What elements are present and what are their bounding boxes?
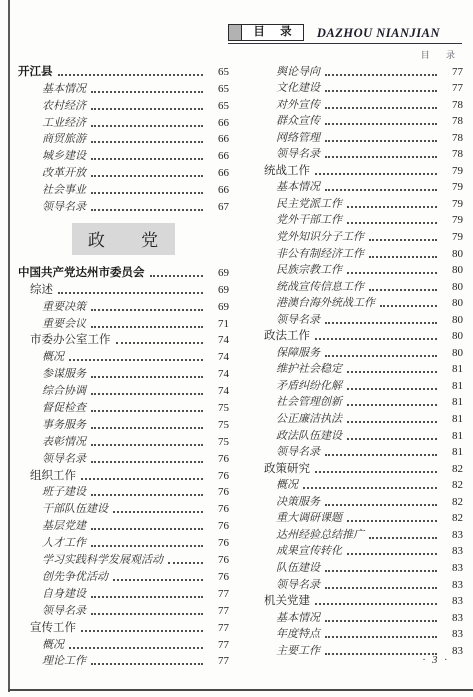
toc-entry-label: 对外宣传 [252, 99, 320, 112]
toc-entry-page: 80 [441, 297, 463, 310]
toc-entry-label: 中国共产党达州市委员会 [18, 267, 145, 280]
toc-entry-page: 80 [441, 248, 463, 261]
toc-entry: 领导名录77 [18, 601, 229, 618]
toc-entry-label: 改革开放 [18, 167, 86, 180]
toc-entry-label: 自身建设 [18, 588, 86, 601]
toc-entry: 重大调研课题82 [252, 509, 463, 526]
toc-entry: 年度特点83 [252, 625, 463, 642]
dot-leader [325, 570, 437, 572]
toc-entry-label: 群众宣传 [252, 115, 320, 128]
toc-entry: 农村经济65 [18, 96, 229, 113]
toc-entry-page: 75 [207, 419, 229, 432]
dot-leader [113, 579, 203, 581]
toc-entry-label: 主要工作 [252, 645, 320, 658]
toc-entry-page: 71 [207, 318, 229, 331]
page-header: 目 录 DAZHOU NIANJIAN 目 录 [228, 24, 462, 61]
toc-entry-label: 领导名录 [252, 314, 320, 327]
toc-box-label: 目 录 [242, 25, 303, 40]
toc-entry: 班子建设76 [18, 483, 229, 500]
toc-entry: 自身建设77 [18, 584, 229, 601]
dot-leader [325, 74, 437, 76]
toc-entry-page: 65 [207, 83, 229, 96]
toc-entry: 统战工作79 [252, 161, 463, 178]
toc-entry-label: 党外干部工作 [252, 214, 342, 227]
toc-entry-page: 83 [441, 562, 463, 575]
toc-entry: 政法队伍建设81 [252, 426, 463, 443]
dot-leader [325, 504, 437, 506]
dot-leader [58, 292, 203, 294]
toc-entry-page: 77 [207, 622, 229, 635]
toc-entry: 综合协调74 [18, 381, 229, 398]
toc-entry-label: 领导名录 [18, 605, 86, 618]
dot-leader [150, 275, 204, 277]
toc-entry-label: 市委办公室工作 [18, 334, 111, 347]
dot-leader [315, 338, 437, 340]
toc-entry-page: 76 [207, 470, 229, 483]
toc-entry-page: 74 [207, 385, 229, 398]
dot-leader [325, 653, 437, 655]
dot-leader [91, 326, 203, 328]
toc-entry-label: 民族宗教工作 [252, 264, 342, 277]
toc-entry: 概况82 [252, 476, 463, 493]
dot-leader [347, 206, 437, 208]
toc-entry: 理论工作77 [18, 652, 229, 669]
dot-leader [325, 90, 437, 92]
toc-entry-page: 66 [207, 117, 229, 130]
toc-entry-page: 76 [207, 520, 229, 533]
toc-entry-label: 重要决策 [18, 301, 86, 314]
toc-entry-page: 83 [441, 628, 463, 641]
dot-leader [325, 189, 437, 191]
toc-entry: 城乡建设66 [18, 146, 229, 163]
toc-entry-label: 港澳台海外统战工作 [252, 297, 375, 310]
toc-entry: 组织工作76 [18, 466, 229, 483]
toc-entry: 督促检查75 [18, 398, 229, 415]
dot-leader [347, 404, 437, 406]
toc-entry: 成果宣传转化83 [252, 542, 463, 559]
toc-entry-page: 82 [441, 512, 463, 525]
dot-leader [380, 305, 437, 307]
toc-column-right: 舆论导向77文化建设77对外宣传78群众宣传78网络管理78领导名录78统战工作… [252, 62, 463, 658]
dot-leader [325, 123, 437, 125]
toc-entry-label: 社会管理创新 [252, 396, 342, 409]
toc-entry-label: 队伍建设 [252, 562, 320, 575]
toc-entry-label: 领导名录 [18, 201, 86, 214]
toc-entry: 达州经验总结推广83 [252, 525, 463, 542]
toc-entry: 对外宣传78 [252, 95, 463, 112]
toc-entry-page: 78 [441, 115, 463, 128]
toc-entry-page: 81 [441, 363, 463, 376]
toc-entry-page: 78 [441, 99, 463, 112]
toc-entry-label: 民主党派工作 [252, 198, 342, 211]
toc-entry-label: 城乡建设 [18, 150, 86, 163]
toc-entry-page: 66 [207, 150, 229, 163]
toc-entry-page: 69 [207, 267, 229, 280]
toc-entry: 基本情况65 [18, 79, 229, 96]
toc-entry-page: 76 [207, 503, 229, 516]
toc-entry-page: 76 [207, 486, 229, 499]
toc-entry-page: 82 [441, 479, 463, 492]
toc-entry: 民族宗教工作80 [252, 261, 463, 278]
dot-leader [347, 371, 437, 373]
toc-entry: 党外知识分子工作79 [252, 227, 463, 244]
toc-entry-page: 81 [441, 380, 463, 393]
dot-leader [91, 209, 203, 211]
dot-leader [69, 359, 203, 361]
toc-entry-label: 概况 [18, 639, 64, 652]
toc-entry-page: 77 [207, 605, 229, 618]
toc-entry: 保障服务80 [252, 343, 463, 360]
toc-entry-page: 81 [441, 446, 463, 459]
toc-entry: 基本情况83 [252, 608, 463, 625]
toc-entry-label: 工业经济 [18, 117, 86, 130]
toc-entry: 非公有制经济工作80 [252, 244, 463, 261]
toc-entry-label: 基本情况 [18, 83, 86, 96]
journal-title: DAZHOU NIANJIAN [317, 26, 440, 41]
toc-entry-page: 78 [441, 132, 463, 145]
dot-leader [91, 528, 203, 530]
dot-leader [347, 421, 437, 423]
toc-entry: 维护社会稳定81 [252, 360, 463, 377]
toc-entry: 舆论导向77 [252, 62, 463, 79]
toc-entry-page: 65 [207, 66, 229, 79]
toc-entry-label: 领导名录 [252, 148, 320, 161]
toc-entry: 干部队伍建设76 [18, 499, 229, 516]
toc-entry: 政策研究82 [252, 459, 463, 476]
toc-entry-page: 76 [207, 571, 229, 584]
toc-entry-label: 非公有制经济工作 [252, 248, 364, 261]
toc-entry: 统战宣传信息工作80 [252, 277, 463, 294]
toc-entry-label: 参谋服务 [18, 368, 86, 381]
toc-entry-page: 79 [441, 198, 463, 211]
toc-entry-label: 综合协调 [18, 385, 86, 398]
dot-leader [347, 520, 437, 522]
toc-entry: 公正廉洁执法81 [252, 409, 463, 426]
toc-entry-page: 80 [441, 281, 463, 294]
toc-entry-label: 舆论导向 [252, 66, 320, 79]
toc-entry: 领导名录83 [252, 575, 463, 592]
page-folio: · 3 · [423, 654, 450, 666]
toc-entry: 领导名录81 [252, 443, 463, 460]
toc-entry-page: 81 [441, 430, 463, 443]
toc-entry-label: 领导名录 [18, 453, 86, 466]
toc-entry-page: 79 [441, 231, 463, 244]
dot-leader [325, 107, 437, 109]
toc-entry-label: 文化建设 [252, 82, 320, 95]
running-head: 目 录 [228, 48, 462, 61]
toc-entry: 队伍建设83 [252, 558, 463, 575]
toc-entry-label: 学习实践科学发展观活动 [18, 554, 163, 567]
dot-leader [91, 125, 203, 127]
toc-entry-page: 77 [441, 66, 463, 79]
toc-entry: 事务服务75 [18, 415, 229, 432]
toc-column-left: 开江县65基本情况65农村经济65工业经济66商贸旅游66城乡建设66改革开放6… [18, 62, 229, 668]
toc-entry: 创先争优活动76 [18, 567, 229, 584]
toc-entry-page: 75 [207, 436, 229, 449]
toc-entry-page: 82 [441, 496, 463, 509]
toc-entry-page: 80 [441, 264, 463, 277]
dot-leader [325, 355, 437, 357]
toc-entry-label: 维护社会稳定 [252, 363, 342, 376]
toc-entry-label: 党外知识分子工作 [252, 231, 364, 244]
toc-entry-label: 矛盾纠纷化解 [252, 380, 342, 393]
toc-entry-label: 政法队伍建设 [252, 430, 342, 443]
toc-entry: 领导名录76 [18, 449, 229, 466]
toc-entry-page: 77 [207, 655, 229, 668]
header-rule [228, 43, 462, 44]
dot-leader [91, 158, 203, 160]
toc-entry-page: 83 [441, 529, 463, 542]
toc-entry-page: 67 [207, 201, 229, 214]
toc-entry-page: 83 [441, 545, 463, 558]
toc-entry: 中国共产党达州市委员会69 [18, 263, 229, 280]
toc-entry-page: 80 [441, 314, 463, 327]
toc-entry-label: 保障服务 [252, 347, 320, 360]
toc-entry-page: 81 [441, 413, 463, 426]
toc-entry-label: 商贸旅游 [18, 133, 86, 146]
toc-page: 目 录 DAZHOU NIANJIAN 目 录 开江县65基本情况65农村经济6… [0, 0, 473, 697]
dot-leader [91, 613, 203, 615]
dot-leader [91, 545, 203, 547]
toc-entry-label: 创先争优活动 [18, 571, 108, 584]
toc-entry-label: 领导名录 [252, 579, 320, 592]
toc-entry-page: 83 [441, 612, 463, 625]
dot-leader [347, 553, 437, 555]
toc-entry: 网络管理78 [252, 128, 463, 145]
toc-entry-label: 宣传工作 [18, 622, 76, 635]
toc-entry: 表彰情况75 [18, 432, 229, 449]
toc-entry: 党外干部工作79 [252, 211, 463, 228]
toc-entry-label: 基本情况 [252, 612, 320, 625]
dot-leader [58, 74, 204, 76]
toc-entry-label: 网络管理 [252, 132, 320, 145]
dot-leader [91, 444, 203, 446]
toc-entry-label: 班子建设 [18, 486, 86, 499]
toc-entry: 文化建设77 [252, 79, 463, 96]
toc-entry-page: 77 [207, 639, 229, 652]
toc-entry-page: 83 [441, 595, 463, 608]
dot-leader [369, 289, 437, 291]
dot-leader [91, 91, 203, 93]
dot-leader [347, 438, 437, 440]
toc-entry-page: 79 [441, 214, 463, 227]
toc-entry: 群众宣传78 [252, 112, 463, 129]
toc-entry: 社会事业66 [18, 180, 229, 197]
toc-entry-page: 74 [207, 368, 229, 381]
dot-leader [325, 322, 437, 324]
toc-entry-label: 决策服务 [252, 496, 320, 509]
toc-entry-label: 督促检查 [18, 402, 86, 415]
toc-entry-label: 干部队伍建设 [18, 503, 108, 516]
dot-leader [325, 636, 437, 638]
toc-entry-page: 66 [207, 184, 229, 197]
dot-leader [325, 140, 437, 142]
toc-entry: 机关党建83 [252, 592, 463, 609]
toc-entry-label: 领导名录 [252, 446, 320, 459]
toc-entry: 人才工作76 [18, 533, 229, 550]
toc-entry: 民主党派工作79 [252, 194, 463, 211]
toc-entry-label: 概况 [18, 351, 64, 364]
toc-entry: 开江县65 [18, 62, 229, 79]
toc-entry-label: 政法工作 [252, 330, 310, 343]
dot-leader [69, 647, 203, 649]
toc-entry-page: 75 [207, 402, 229, 415]
dot-leader [91, 494, 203, 496]
toc-entry-label: 年度特点 [252, 628, 320, 641]
toc-entry: 工业经济66 [18, 113, 229, 130]
dot-leader [325, 620, 437, 622]
toc-entry: 基层党建76 [18, 516, 229, 533]
dot-leader [81, 630, 203, 632]
toc-entry-page: 76 [207, 453, 229, 466]
toc-entry-page: 80 [441, 347, 463, 360]
toc-entry: 宣传工作77 [18, 618, 229, 635]
toc-entry-label: 农村经济 [18, 100, 86, 113]
dot-leader [91, 393, 203, 395]
toc-title-box: 目 录 [228, 24, 304, 41]
toc-entry-page: 81 [441, 396, 463, 409]
toc-entry-page: 76 [207, 537, 229, 550]
toc-entry: 领导名录67 [18, 197, 229, 214]
toc-entry-label: 综述 [18, 284, 53, 297]
toc-entry: 改革开放66 [18, 163, 229, 180]
toc-entry-page: 76 [207, 554, 229, 567]
toc-entry-label: 统战工作 [252, 165, 310, 178]
toc-entry-label: 政策研究 [252, 463, 310, 476]
dot-leader [325, 454, 437, 456]
dot-leader [91, 175, 203, 177]
dot-leader [91, 410, 203, 412]
toc-entry-label: 概况 [252, 479, 298, 492]
toc-entry: 政法工作80 [252, 327, 463, 344]
dot-leader [91, 309, 203, 311]
toc-entry: 综述69 [18, 280, 229, 297]
dot-leader [315, 603, 437, 605]
dot-leader [347, 222, 437, 224]
toc-entry: 市委办公室工作74 [18, 331, 229, 348]
dot-leader [303, 487, 437, 489]
toc-entry-page: 74 [207, 334, 229, 347]
toc-entry: 学习实践科学发展观活动76 [18, 550, 229, 567]
toc-entry-label: 人才工作 [18, 537, 86, 550]
toc-entry-label: 成果宣传转化 [252, 545, 342, 558]
toc-entry-label: 理论工作 [18, 655, 86, 668]
toc-entry-page: 83 [441, 579, 463, 592]
toc-entry: 领导名录78 [252, 145, 463, 162]
toc-entry-page: 69 [207, 301, 229, 314]
toc-entry-label: 统战宣传信息工作 [252, 281, 364, 294]
toc-entry: 港澳台海外统战工作80 [252, 294, 463, 311]
dot-leader [347, 388, 437, 390]
toc-entry-page: 77 [441, 82, 463, 95]
toc-entry-label: 达州经验总结推广 [252, 529, 364, 542]
toc-entry-label: 公正廉洁执法 [252, 413, 342, 426]
toc-entry: 重要决策69 [18, 297, 229, 314]
toc-entry-label: 组织工作 [18, 470, 76, 483]
toc-entry-page: 77 [207, 588, 229, 601]
dot-leader [81, 478, 203, 480]
dot-leader [91, 108, 203, 110]
dot-leader [369, 537, 437, 539]
toc-entry-page: 78 [441, 148, 463, 161]
toc-entry-label: 事务服务 [18, 419, 86, 432]
dot-leader [325, 587, 437, 589]
toc-entry-label: 重大调研课题 [252, 512, 342, 525]
dot-leader [91, 461, 203, 463]
dot-leader [91, 192, 203, 194]
toc-entry: 概况74 [18, 347, 229, 364]
dot-leader [315, 471, 437, 473]
dot-leader [168, 562, 203, 564]
toc-entry: 矛盾纠纷化解81 [252, 376, 463, 393]
dot-leader [369, 239, 437, 241]
toc-entry: 决策服务82 [252, 492, 463, 509]
toc-entry-page: 79 [441, 181, 463, 194]
dot-leader [315, 173, 437, 175]
toc-entry-page: 79 [441, 165, 463, 178]
toc-entry-page: 66 [207, 167, 229, 180]
dot-leader [325, 156, 437, 158]
dot-leader [113, 511, 203, 513]
toc-entry-page: 69 [207, 284, 229, 297]
dot-leader [91, 141, 203, 143]
toc-entry-page: 80 [441, 330, 463, 343]
page-edge-bottom [8, 689, 473, 691]
dot-leader [116, 342, 204, 344]
toc-entry: 商贸旅游66 [18, 130, 229, 147]
toc-entry: 基本情况79 [252, 178, 463, 195]
toc-entry-label: 基本情况 [252, 181, 320, 194]
toc-entry-label: 机关党建 [252, 595, 310, 608]
dot-leader [91, 427, 203, 429]
toc-entry-label: 开江县 [18, 66, 53, 79]
toc-entry: 重要会议71 [18, 314, 229, 331]
toc-entry: 社会管理创新81 [252, 393, 463, 410]
toc-entry-page: 82 [441, 463, 463, 476]
toc-entry-label: 表彰情况 [18, 436, 86, 449]
page-edge-left [8, 0, 10, 692]
toc-entry-page: 74 [207, 351, 229, 364]
toc-box-gray-tab [229, 25, 242, 40]
toc-entry-label: 重要会议 [18, 318, 86, 331]
dot-leader [91, 663, 203, 665]
dot-leader [91, 596, 203, 598]
toc-entry-label: 社会事业 [18, 184, 86, 197]
toc-entry-page: 66 [207, 133, 229, 146]
toc-entry-page: 65 [207, 100, 229, 113]
toc-entry: 参谋服务74 [18, 364, 229, 381]
toc-entry-label: 基层党建 [18, 520, 86, 533]
dot-leader [347, 272, 437, 274]
header-row: 目 录 DAZHOU NIANJIAN [228, 24, 462, 41]
dot-leader [369, 256, 437, 258]
section-band: 政 党 [18, 223, 229, 253]
section-band-label: 政 党 [72, 223, 175, 255]
toc-entry: 概况77 [18, 635, 229, 652]
dot-leader [91, 376, 203, 378]
toc-entry: 领导名录80 [252, 310, 463, 327]
